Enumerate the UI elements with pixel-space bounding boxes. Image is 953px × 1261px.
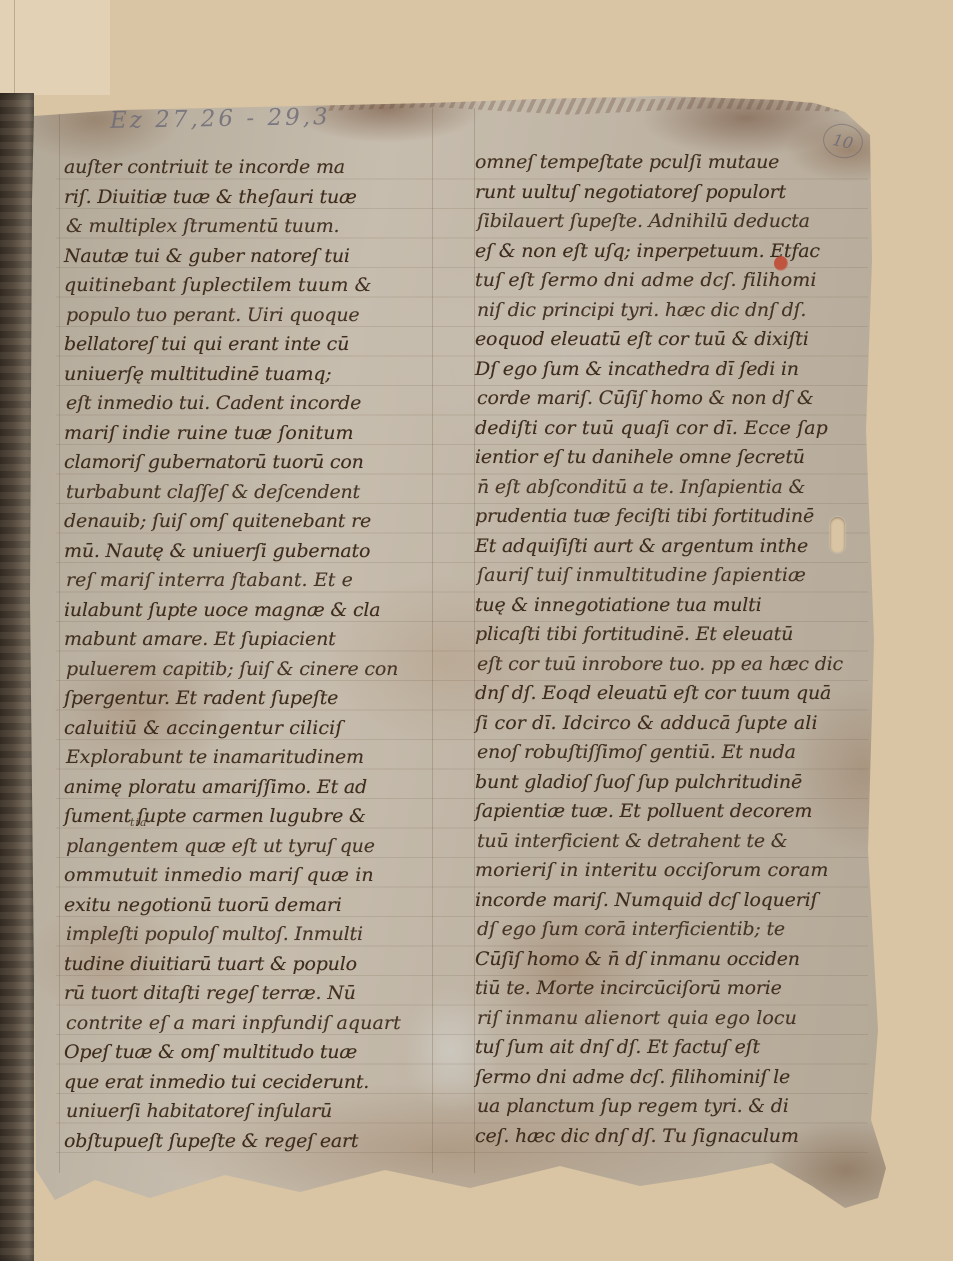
text-line: auſter contriuit te incorde ma: [64, 153, 449, 183]
text-line: obſtupueſt ſupeſte & regeſ eart: [64, 1127, 449, 1157]
text-line: reſ mariſ interra ſtabant. Et e: [64, 566, 449, 596]
text-line: uniuerſi habitatoreſ inſularū: [64, 1097, 449, 1127]
text-line: ua planctum ſup regem tyri. & di: [475, 1092, 875, 1122]
text-line: ſpergentur. Et radent ſupeſte: [64, 684, 449, 714]
text-line: turbabunt claſſeſ & deſcendent: [64, 478, 449, 508]
text-line: populo tuo perant. Uiri quoque: [64, 301, 449, 331]
text-line: rū tuort ditaſti regeſ terræ. Nū: [64, 979, 449, 1009]
text-line: ſauriſ tuiſ inmultitudine ſapientiæ: [475, 561, 875, 591]
text-line: quitinebant ſuplectilem tuum &: [64, 271, 449, 301]
text-line: eſ & non eſt uſq; inperpetuum. Etfac: [475, 237, 875, 267]
text-line: bunt gladioſ ſuoſ ſup pulchritudinē: [475, 768, 875, 798]
manuscript-page: Ez 27,26 - 29,3 10 auſter contriuit te i…: [26, 90, 888, 1215]
text-line: Explorabunt te inamaritudinem: [64, 743, 449, 773]
text-line: tiū te. Morte incircūciſorū morie: [475, 974, 875, 1004]
interlinear-note: tia: [130, 816, 148, 829]
text-line: & multiplex ſtrumentū tuum.: [64, 212, 449, 242]
text-line: denauib; ſuiſ omſ quitenebant re: [64, 507, 449, 537]
text-line: eſt inmedio tui. Cadent incorde: [64, 389, 449, 419]
top-edge-stain: [326, 94, 866, 120]
text-line: tudine diuitiarū tuart & populo: [64, 950, 449, 980]
parchment-hole: [830, 517, 845, 553]
text-line: mariſ indie ruine tuæ ſonitum: [64, 419, 449, 449]
vertical-ruling-left: [59, 108, 60, 1173]
text-line: riſ inmanu alienort quia ego locu: [475, 1004, 875, 1034]
text-line: tuę & innegotiatione tua multi: [475, 591, 875, 621]
text-line: omneſ tempeſtate pculſi mutaue: [475, 148, 875, 178]
text-line: bellatoreſ tui qui erant inte cū: [64, 330, 449, 360]
text-line: que erat inmedio tui ceciderunt.: [64, 1068, 449, 1098]
text-line: enoſ robuſtiſſimoſ gentiū. Et nuda: [475, 738, 875, 768]
text-line: ommutuit inmedio mariſ quæ in: [64, 861, 449, 891]
text-line: caluitiū & accingentur ciliciſ: [64, 714, 449, 744]
text-line: mabunt amare. Et ſupiacient: [64, 625, 449, 655]
text-line: Cūſiſ homo & n̄ dſ inmanu occiden: [475, 945, 875, 975]
text-line: uniuerſę multitudinē tuamq;: [64, 360, 449, 390]
text-line: eoquod eleuatū eſt cor tuū & dixiſti: [475, 325, 875, 355]
photo-background: Ez 27,26 - 29,3 10 auſter contriuit te i…: [0, 0, 953, 1261]
text-line: impleſti populoſ multoſ. Inmulti: [64, 920, 449, 950]
text-line: plangentem quæ eſt ut tyruſ que: [64, 832, 449, 862]
text-line: dnſ dſ. Eoqd eleuatū eſt cor tuum quā: [475, 679, 875, 709]
text-line: contrite eſ a mari inpfundiſ aquart: [64, 1009, 449, 1039]
text-line: animę ploratu amariſſimo. Et ad: [64, 773, 449, 803]
text-line: mū. Nautę & uniuerſi gubernato: [64, 537, 449, 567]
binding-edge: [0, 93, 34, 1261]
text-line: puluerem capitib; ſuiſ & cinere con: [64, 655, 449, 685]
text-line: exitu negotionū tuorū demari: [64, 891, 449, 921]
text-line: ſibilauert ſupeſte. Adnihilū deducta: [475, 207, 875, 237]
text-line: morieriſ in interitu occiſorum coram: [475, 856, 875, 886]
text-line: prudentia tuæ feciſti tibi fortitudinē: [475, 502, 875, 532]
text-line: ſument ſupte carmen lugubre &: [64, 802, 449, 832]
text-line: dediſti cor tuū quaſi cor dī. Ecce ſap: [475, 414, 875, 444]
text-line: niſ dic principi tyri. hæc dic dnſ dſ.: [475, 296, 875, 326]
text-line: eſt cor tuū inrobore tuo. pp ea hæc dic: [475, 650, 875, 680]
text-line: iulabunt ſupte uoce magnæ & cla: [64, 596, 449, 626]
text-line: corde mariſ. Cūſiſ homo & non dſ &: [475, 384, 875, 414]
text-line: tuū interficient & detrahent te &: [475, 827, 875, 857]
text-line: runt uultuſ negotiatoreſ populort: [475, 178, 875, 208]
text-line: plicaſti tibi fortitudinē. Et eleuatū: [475, 620, 875, 650]
text-line: Nautæ tui & guber natoreſ tui: [64, 242, 449, 272]
text-line: ceſ. hæc dic dnſ dſ. Tu ſignaculum: [475, 1122, 875, 1152]
text-line: riſ. Diuitiæ tuæ & theſauri tuæ: [64, 183, 449, 213]
text-line: incorde mariſ. Numquid dcſ loqueriſ: [475, 886, 875, 916]
text-line: ſi cor dī. Idcirco & adducā ſupte ali: [475, 709, 875, 739]
text-line: dſ ego ſum corā interficientib; te: [475, 915, 875, 945]
text-line: tuſ ſum ait dnſ dſ. Et factuſ eſt: [475, 1033, 875, 1063]
rubric-mark: [774, 256, 788, 271]
text-line: Et adquiſiſti aurt & argentum inthe: [475, 532, 875, 562]
text-line: Opeſ tuæ & omſ multitudo tuæ: [64, 1038, 449, 1068]
text-line: ientior eſ tu danihele omne ſecretū: [475, 443, 875, 473]
text-column-right: omneſ tempeſtate pculſi mutauerunt uultu…: [475, 148, 875, 1151]
text-line: n̄ eſt abſconditū a te. Inſapientia &: [475, 473, 875, 503]
text-column-left: auſter contriuit te incorde mariſ. Diuit…: [64, 153, 449, 1156]
pencil-annotation: Ez 27,26 - 29,3: [110, 104, 331, 134]
text-line: ſapientiæ tuæ. Et polluent decorem: [475, 797, 875, 827]
text-line: clamoriſ gubernatorū tuorū con: [64, 448, 449, 478]
backdrop-light-patch: [0, 0, 110, 95]
text-line: Dſ ego ſum & incathedra dī ſedi in: [475, 355, 875, 385]
text-line: tuſ eſt ſermo dni adme dcſ. filihomi: [475, 266, 875, 296]
text-line: ſermo dni adme dcſ. filihominiſ le: [475, 1063, 875, 1093]
